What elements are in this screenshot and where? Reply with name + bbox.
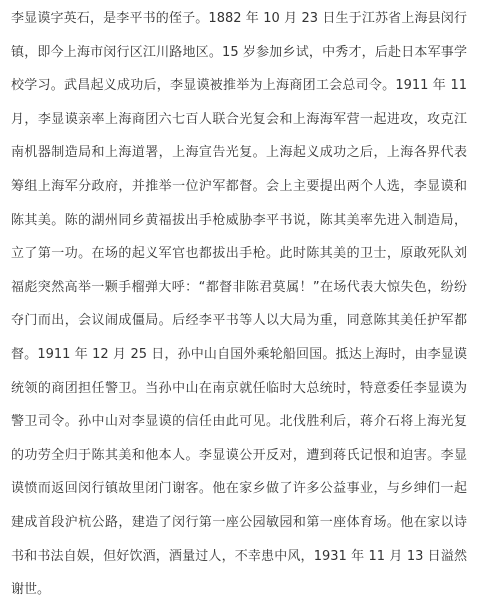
text-line: 警卫司令。孙中山对李显谟的信任由此可见。北伐胜利后，蒋介石将上海光复 — [11, 405, 467, 439]
biography-article: 李显谟字英石，是李平书的侄子。1882 年 10 月 23 日生于江苏省上海县闵… — [0, 0, 480, 607]
text-line: 陈其美。陈的湖州同乡黄福拔出手枪威胁李平书说，陈其美率先进入制造局， — [11, 204, 467, 238]
text-line: 立了第一功。在场的起义军官也都拔出手枪。此时陈其美的卫士，原敢死队刘 — [11, 237, 467, 271]
text-line: 谟愤而返回闵行镇故里闭门谢客。他在家乡做了许多公益事业，与乡绅们一起 — [11, 472, 467, 506]
text-line: 书和书法自娱，但好饮酒，酒量过人，不幸患中风，1931 年 11 月 13 日溢… — [11, 540, 467, 574]
text-line: 南机器制造局和上海道署，上海宣告光复。上海起义成功之后，上海各界代表 — [11, 136, 467, 170]
text-line: 统领的商团担任警卫。当孙中山在南京就任临时大总统时，特意委任李显谟为 — [11, 372, 467, 406]
text-line: 谢世。 — [11, 573, 467, 607]
text-line: 督。1911 年 12 月 25 日，孙中山自国外乘轮船回国。抵达上海时，由李显… — [11, 338, 467, 372]
text-line: 镇，即今上海市闵行区江川路地区。15 岁参加乡试，中秀才，后赴日本军事学 — [11, 36, 467, 70]
text-line: 李显谟字英石，是李平书的侄子。1882 年 10 月 23 日生于江苏省上海县闵… — [11, 2, 467, 36]
document-page: 李显谟字英石，是李平书的侄子。1882 年 10 月 23 日生于江苏省上海县闵… — [0, 0, 480, 607]
text-line: 筹组上海军分政府，并推举一位沪军都督。会上主要提出两个人选，李显谟和 — [11, 170, 467, 204]
text-line: 福彪突然高举一颗手榴弹大呼：“都督非陈君莫属！”在场代表大惊失色，纷纷 — [11, 271, 467, 305]
text-line: 建成首段沪杭公路，建造了闵行第一座公园敏园和第一座体育场。他在家以诗 — [11, 506, 467, 540]
text-line: 月，李显谟亲率上海商团六七百人联合光复会和上海海军营一起进攻，攻克江 — [11, 103, 467, 137]
text-line: 夺门而出，会议闹成僵局。后经李平书等人以大局为重，同意陈其美任护军都 — [11, 304, 467, 338]
text-line: 的功劳全归于陈其美和他本人。李显谟公开反对，遭到蒋氏记恨和迫害。李显 — [11, 439, 467, 473]
text-line: 校学习。武昌起义成功后，李显谟被推举为上海商团工会总司令。1911 年 11 — [11, 69, 467, 103]
